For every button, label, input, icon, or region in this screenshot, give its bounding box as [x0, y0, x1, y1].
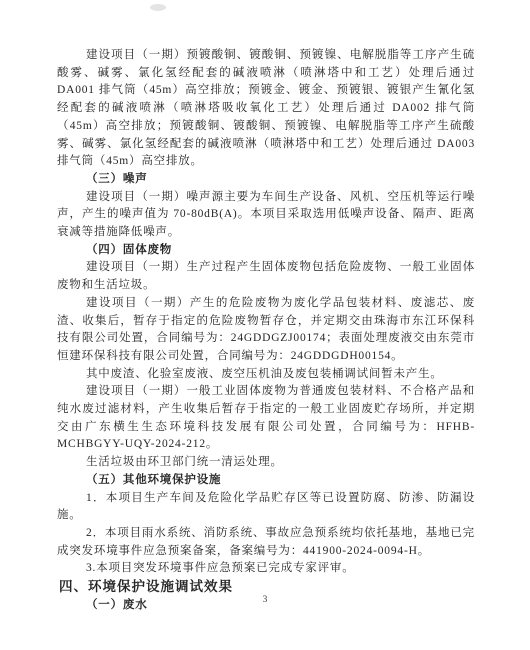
heading-noise: （三）噪声 [57, 171, 475, 189]
paragraph-solid-waste-overview: 建设项目（一期）生产过程产生固体废物包括危险废物、一般工业固体废物和生活垃圾。 [57, 259, 475, 294]
page-content: 建设项目（一期）预镀酸铜、镀酸铜、预镀镍、电解脱脂等工序产生硫酸雾、碱雾、氯化氢… [57, 47, 475, 614]
page-number: 3 [0, 595, 530, 605]
paragraph-item-1-anticorrosion: 1．本项目生产车间及危险化学品贮存区等已设置防腐、防渗、防漏设施。 [57, 490, 475, 525]
scan-smudge [150, 4, 166, 11]
paragraph-hazardous-waste-disposal: 建设项目（一期）产生的危险废物为废化学品包装材料、废滤芯、废渣、收集后，暂存于指… [57, 295, 475, 366]
paragraph-noise-sources: 建设项目（一期）噪声源主要为车间生产设备、风机、空压机等运行噪声，产生的噪声值为… [57, 189, 475, 242]
heading-other-protection-facilities: （五）其他环境保护设施 [57, 472, 475, 490]
heading-section-4-commissioning-results: 四、环境保护设施调试效果 [57, 578, 475, 597]
heading-solid-waste: （四）固体废物 [57, 242, 475, 260]
document-page: 建设项目（一期）预镀酸铜、镀酸铜、预镀镍、电解脱脂等工序产生硫酸雾、碱雾、氯化氢… [0, 0, 530, 650]
paragraph-exhaust-gas-treatment: 建设项目（一期）预镀酸铜、镀酸铜、预镀镍、电解脱脂等工序产生硫酸雾、碱雾、氯化氢… [57, 47, 475, 171]
paragraph-item-3-expert-review: 3.本项目突发环境事件应急预案已完成专家评审。 [57, 560, 475, 578]
paragraph-domestic-garbage: 生活垃圾由环卫部门统一清运处理。 [57, 454, 475, 472]
paragraph-general-industrial-waste: 建设项目（一期）一般工业固体废物为普通废包装材料、不合格产品和纯水废过滤材料，产… [57, 383, 475, 454]
paragraph-item-2-emergency-filing: 2．本项目雨水系统、消防系统、事故应急预系统均依托基地，基地已完成突发环境事件应… [57, 525, 475, 560]
paragraph-waste-not-generated: 其中废渣、化验室废液、废空压机油及废包装桶调试间暂未产生。 [57, 366, 475, 384]
